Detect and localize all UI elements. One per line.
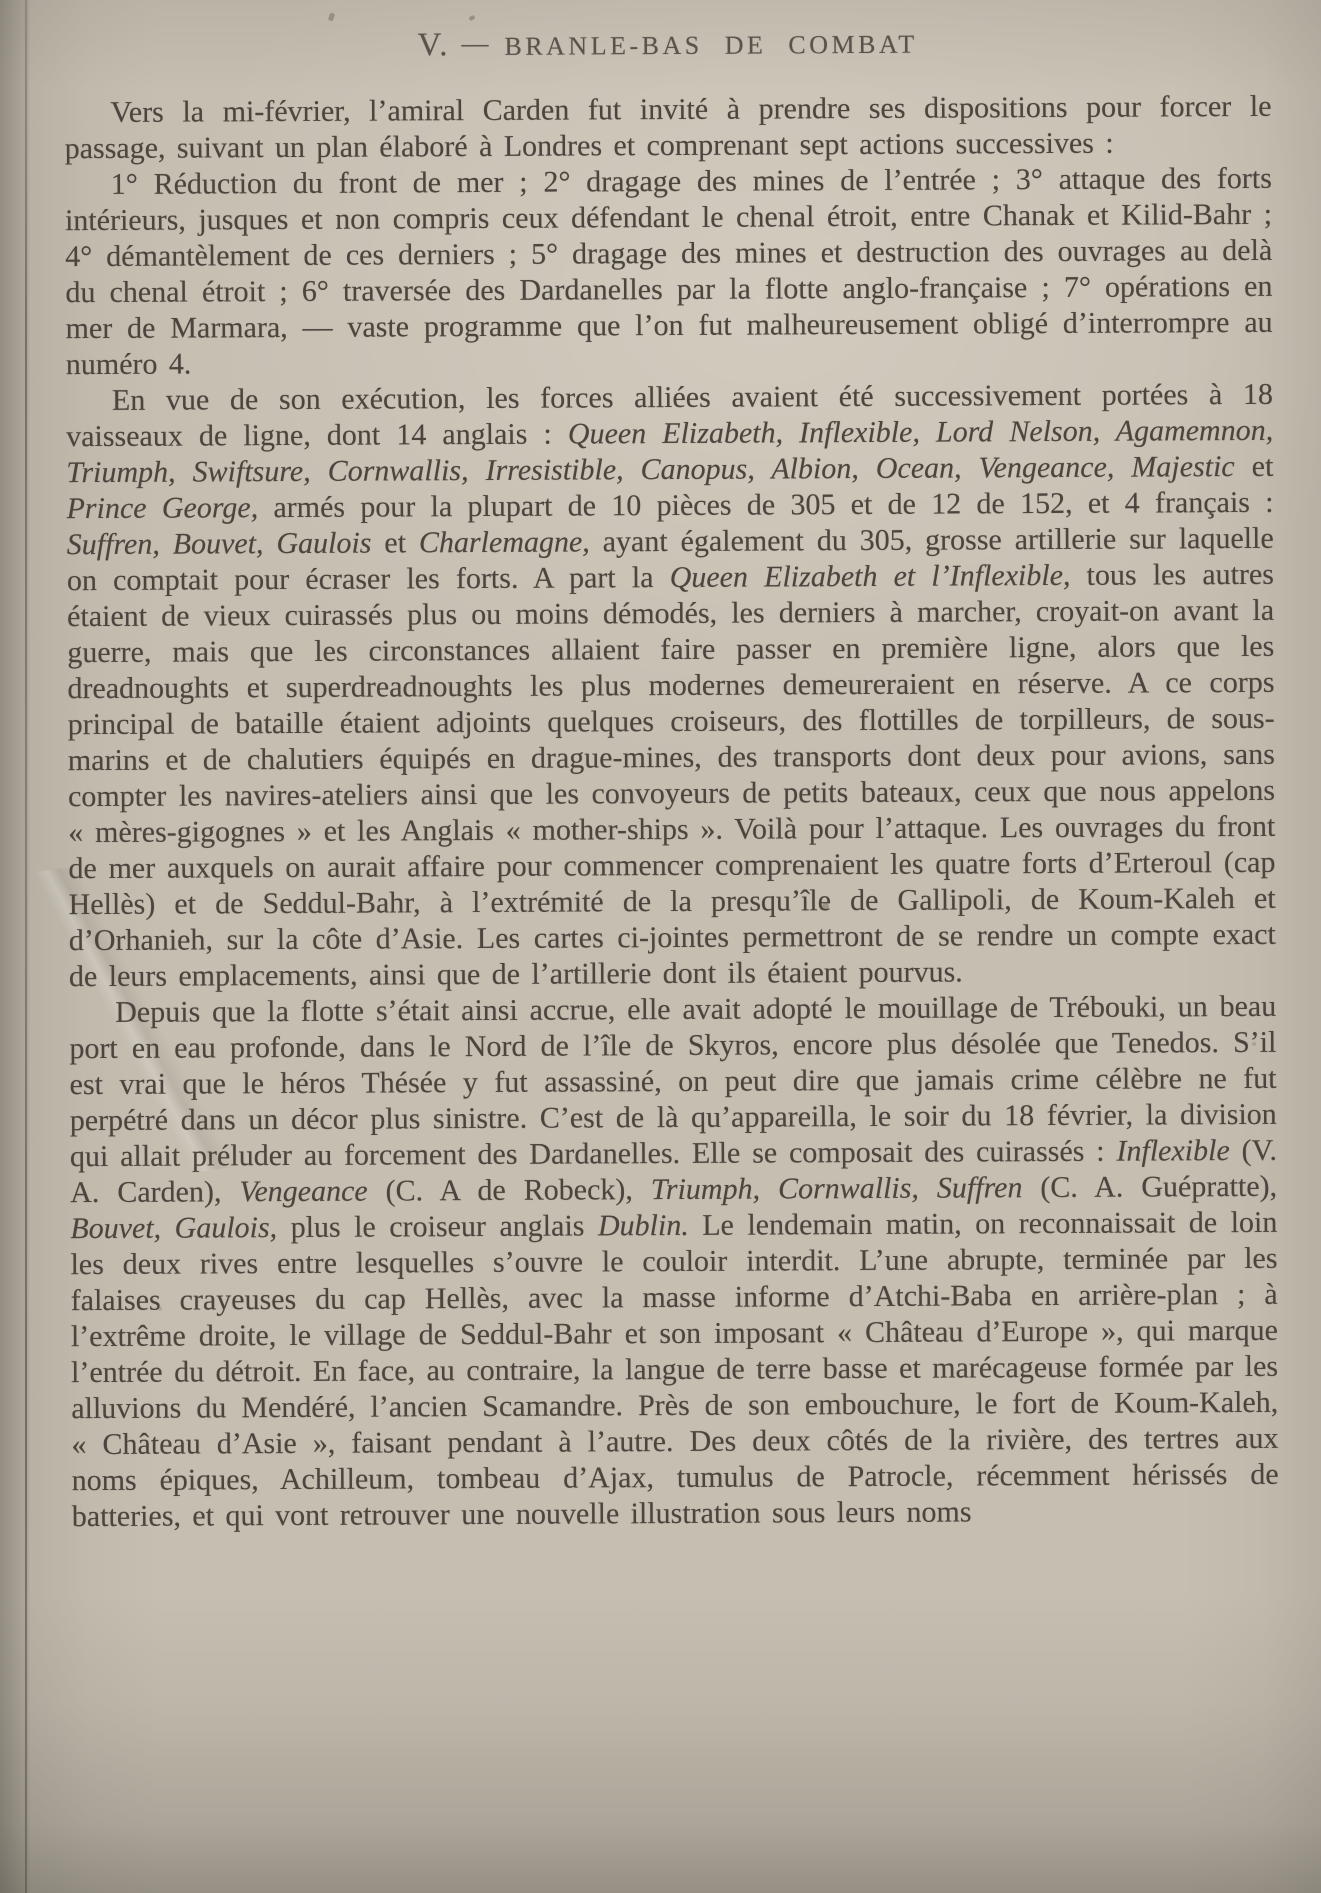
text-segment: plus le croiseur anglais: [277, 1209, 598, 1244]
text-segment: Depuis que la flotte s’était ainsi accru…: [69, 990, 1277, 1173]
text-segment: et: [1235, 450, 1274, 483]
text-segment: tous les autres étaient de vieux cuirass…: [67, 558, 1276, 993]
paragraph: Depuis que la flotte s’était ainsi accru…: [69, 989, 1279, 1535]
text-segment: (C. A de Robeck),: [368, 1173, 651, 1207]
ship-name-italic: Charlemagne,: [419, 525, 590, 559]
page-fold-line: [25, 0, 27, 1893]
ship-name-italic: Vengeance: [239, 1175, 367, 1209]
chapter-title: BRANLE-BAS DE COMBAT: [504, 30, 917, 61]
page-left-edge-shadow: [0, 0, 26, 1893]
ship-name-italic: Inflexible: [1116, 1134, 1229, 1168]
page-body: Vers la mi-février, l’amiral Carden fut …: [64, 89, 1279, 1535]
page-content: V.—BRANLE-BAS DE COMBAT Vers la mi-févri…: [64, 15, 1279, 1535]
text-segment: 1° Réduction du front de mer ; 2° dragag…: [65, 162, 1273, 381]
paragraph: En vue de son exécution, les forces alli…: [66, 377, 1276, 995]
text-segment: Vers la mi-février, l’amiral Carden fut …: [65, 90, 1272, 165]
ship-name-italic: Prince George,: [66, 491, 258, 525]
ship-name-italic: Queen Elizabeth et l’Inflexible,: [670, 559, 1071, 594]
text-segment: armés pour la plupart de 10 pièces de 30…: [258, 486, 1274, 524]
ship-name-italic: Bouvet, Gaulois,: [70, 1211, 277, 1245]
ship-name-italic: Suffren, Bouvet, Gaulois: [67, 527, 372, 562]
paragraph: Vers la mi-février, l’amiral Carden fut …: [64, 89, 1271, 167]
paragraph: 1° Réduction du front de mer ; 2° dragag…: [65, 161, 1273, 383]
text-segment: Le lendemain matin, on reconnaissait de …: [70, 1206, 1278, 1533]
text-segment: et: [371, 526, 419, 559]
heading-separator: —: [461, 28, 488, 58]
chapter-heading: V.—BRANLE-BAS DE COMBAT: [64, 15, 1271, 66]
book-page-scan: V.—BRANLE-BAS DE COMBAT Vers la mi-févri…: [0, 0, 1321, 1893]
text-segment: (C. A. Guépratte),: [1022, 1170, 1277, 1204]
ship-name-italic: Triumph, Cornwallis, Suffren: [651, 1171, 1023, 1206]
ship-name-italic: Dublin.: [598, 1209, 689, 1242]
chapter-numeral: V.: [417, 27, 449, 63]
